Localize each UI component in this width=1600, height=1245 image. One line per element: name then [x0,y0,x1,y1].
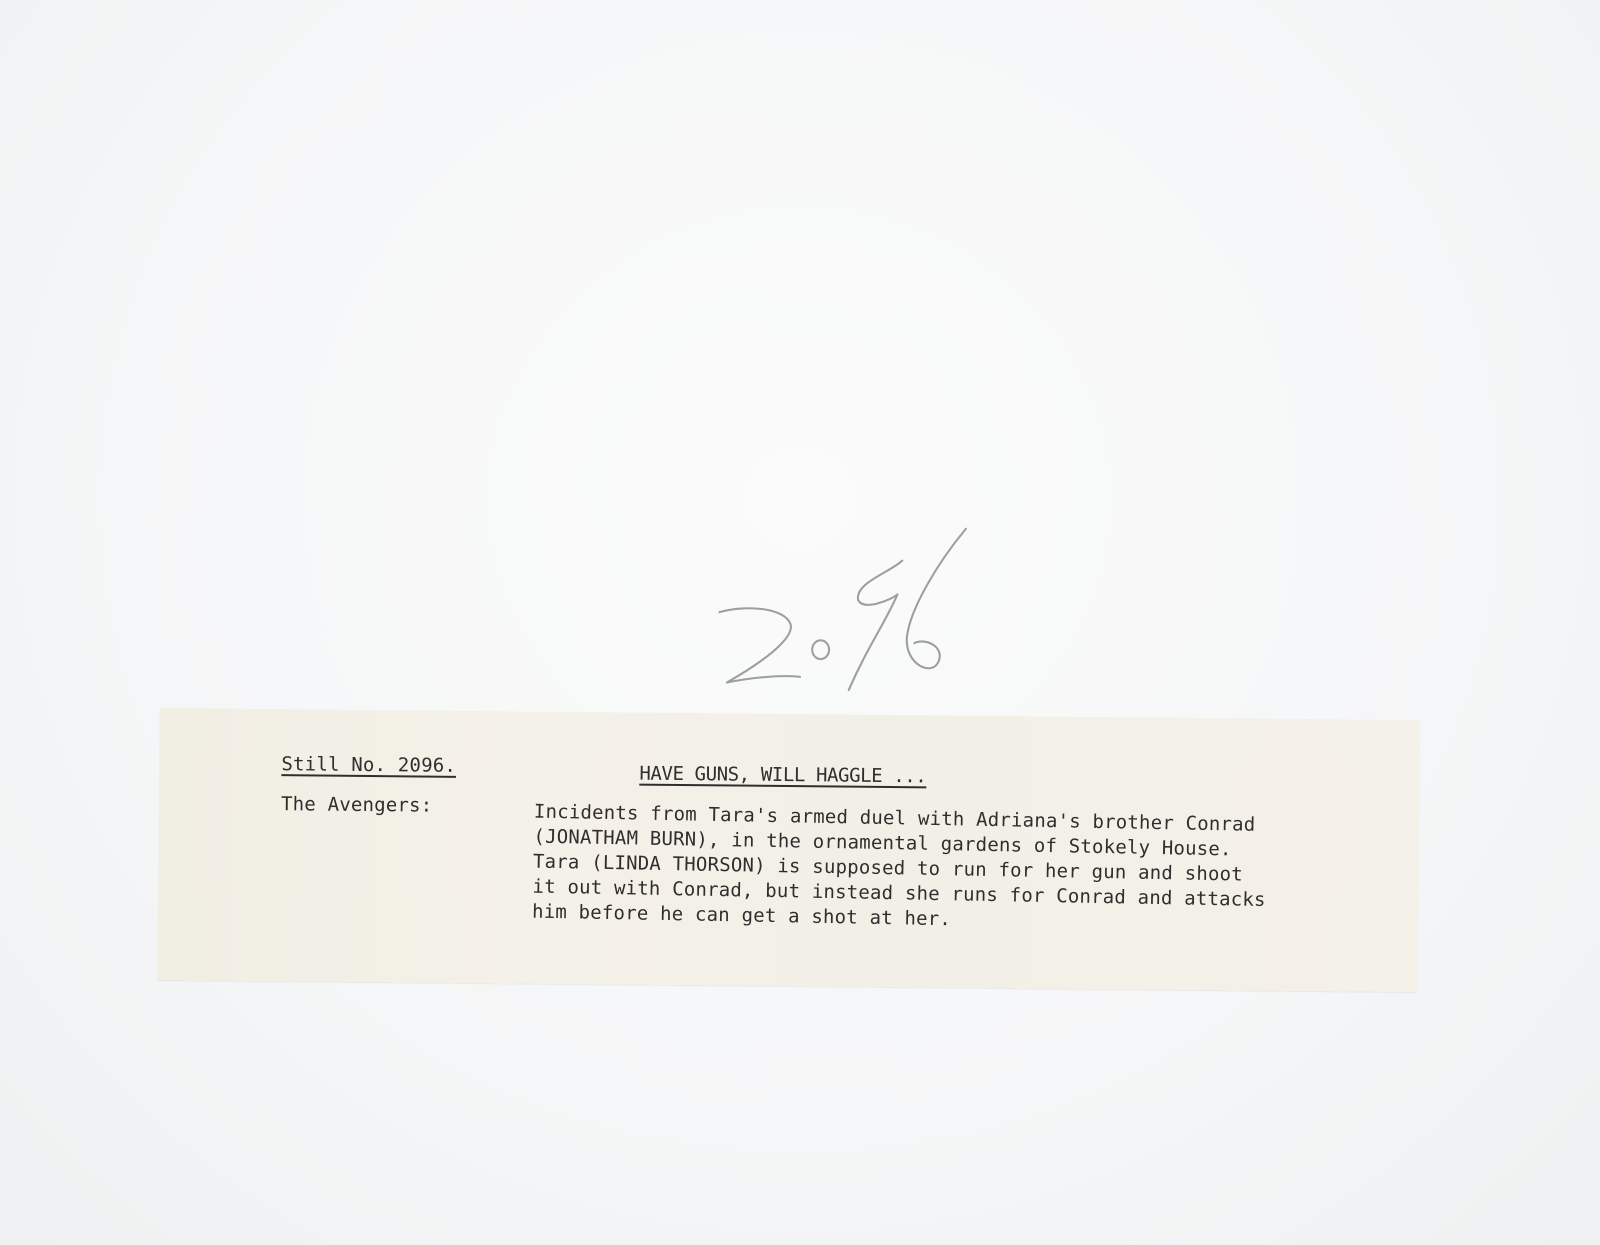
episode-title: HAVE GUNS, WILL HAGGLE ... [639,763,926,788]
series-name: The Avengers: [281,793,433,816]
photo-back-page: Still No. 2096. HAVE GUNS, WILL HAGGLE .… [0,0,1600,1245]
still-number: Still No. 2096. [281,753,456,777]
pencil-annotation [680,500,980,700]
handwritten-number-icon [680,500,980,700]
scene-description: Incidents from Tara's armed duel with Ad… [532,800,1364,940]
caption-label-card: Still No. 2096. HAVE GUNS, WILL HAGGLE .… [157,708,1420,992]
